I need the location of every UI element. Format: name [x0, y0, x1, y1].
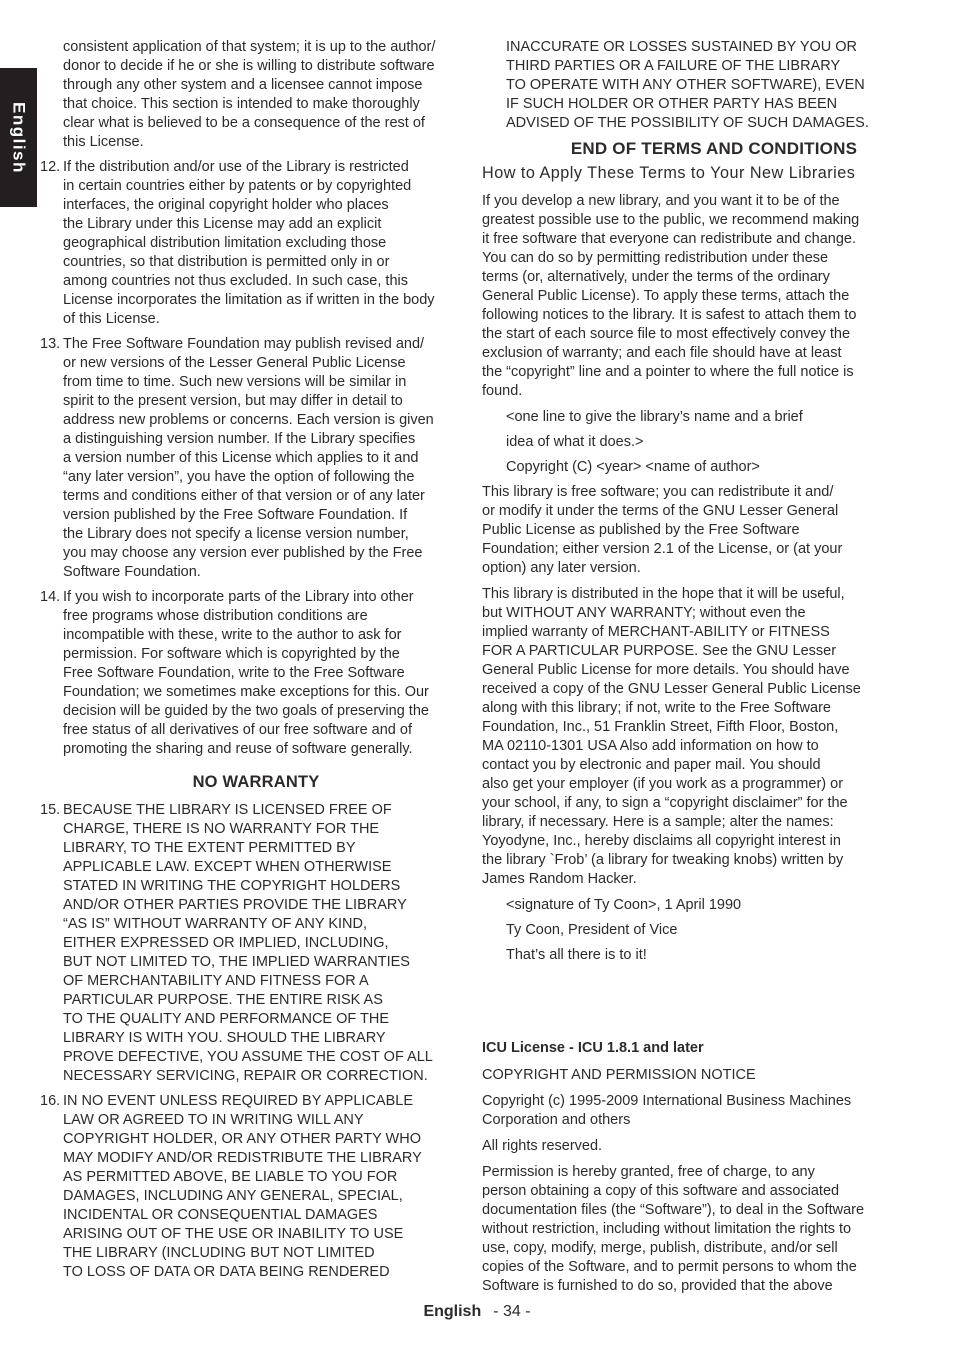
heading-icu-license: ICU License - ICU 1.8.1 and later [482, 1039, 946, 1058]
list-item-14: 14.If you wish to incorporate parts of t… [40, 588, 472, 759]
list-item-number: 13. [40, 335, 63, 582]
footer-language-label: English [423, 1303, 481, 1320]
paragraph-continuation-item-16: INACCURATE OR LOSSES SUSTAINED BY YOU OR… [506, 38, 946, 133]
subheading-how-to-apply: How to Apply These Terms to Your New Lib… [482, 164, 946, 183]
list-item-text: The Free Software Foundation may publish… [63, 335, 434, 582]
list-item-text: If the distribution and/or use of the Li… [63, 158, 435, 329]
page-footer: English- 34 - [0, 1303, 954, 1321]
list-item-number: 12. [40, 158, 63, 329]
paragraph-all-rights: All rights reserved. [482, 1137, 946, 1156]
heading-no-warranty: NO WARRANTY [40, 773, 472, 792]
paragraph-free-software: This library is free software; you can r… [482, 483, 946, 578]
footer-page-number: - 34 - [493, 1303, 530, 1320]
manual-page: English consistent application of that s… [0, 0, 954, 1352]
list-item-text: BECAUSE THE LIBRARY IS LICENSED FREE OF … [63, 801, 433, 1086]
paragraph-copyright-notice-title: COPYRIGHT AND PERMISSION NOTICE [482, 1066, 946, 1085]
list-item-text: If you wish to incorporate parts of the … [63, 588, 429, 759]
language-tab: English [0, 68, 37, 207]
list-item-number: 14. [40, 588, 63, 759]
left-column: consistent application of that system; i… [40, 38, 472, 1288]
paragraph-continuation-item-11: consistent application of that system; i… [63, 38, 472, 152]
sample-title: Ty Coon, President of Vice [506, 921, 946, 940]
heading-end-of-terms: END OF TERMS AND CONDITIONS [482, 139, 946, 158]
list-item-12: 12.If the distribution and/or use of the… [40, 158, 472, 329]
list-item-13: 13.The Free Software Foundation may publ… [40, 335, 472, 582]
sample-line-one: <one line to give the library’s name and… [506, 408, 946, 427]
paragraph-ibm-copyright: Copyright (c) 1995-2009 International Bu… [482, 1092, 946, 1130]
list-item-number: 16. [40, 1092, 63, 1282]
list-item-text: IN NO EVENT UNLESS REQUIRED BY APPLICABL… [63, 1092, 422, 1282]
list-item-15: 15.BECAUSE THE LIBRARY IS LICENSED FREE … [40, 801, 472, 1086]
paragraph-permission: Permission is hereby granted, free of ch… [482, 1163, 946, 1296]
sample-line-two: idea of what it does.> [506, 433, 946, 452]
list-item-16: 16.IN NO EVENT UNLESS REQUIRED BY APPLIC… [40, 1092, 472, 1282]
paragraph-if-you-develop: If you develop a new library, and you wa… [482, 192, 946, 401]
list-item-number: 15. [40, 801, 63, 1086]
right-column: INACCURATE OR LOSSES SUSTAINED BY YOU OR… [482, 38, 946, 1303]
section-gap [482, 971, 946, 1039]
paragraph-distributed-hope: This library is distributed in the hope … [482, 585, 946, 889]
sample-signature: <signature of Ty Coon>, 1 April 1990 [506, 896, 946, 915]
sample-line-copyright: Copyright (C) <year> <name of author> [506, 458, 946, 477]
language-tab-label: English [9, 102, 29, 174]
sample-closing: That’s all there is to it! [506, 946, 946, 965]
